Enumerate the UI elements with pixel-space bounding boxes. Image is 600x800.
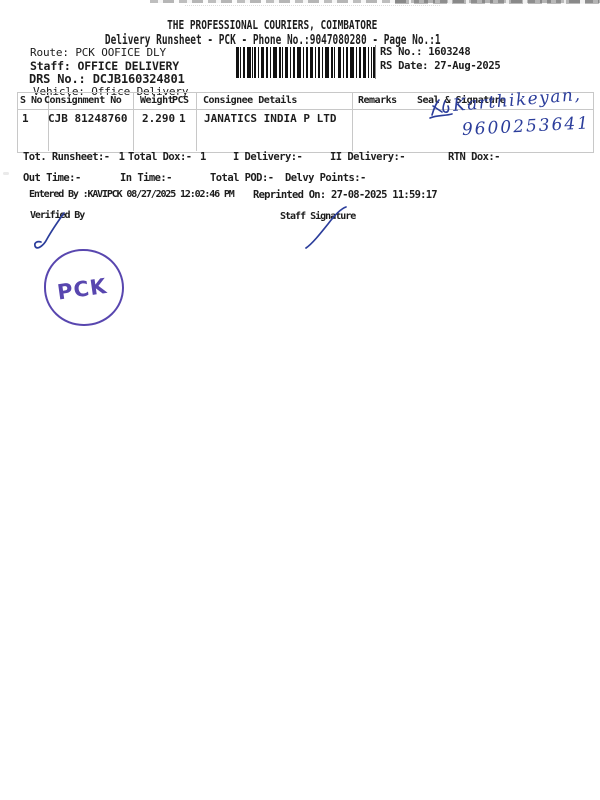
tot-runsheet-label: Tot. Runsheet:- xyxy=(23,151,110,163)
row-pcs: 1 xyxy=(179,112,186,125)
entered-by-line: Entered By :KAVIPCK 08/27/2025 12:02:46 … xyxy=(29,189,234,200)
rs-no-line: RS No.: 1603248 xyxy=(380,46,470,58)
table-column-divider xyxy=(133,92,134,151)
ii-delivery-label: II Delivery:- xyxy=(330,151,405,163)
scan-artifact-left-smudge xyxy=(3,172,9,175)
tot-runsheet: Tot. Runsheet:-1 xyxy=(23,151,124,163)
header-s-no: S No xyxy=(20,95,42,106)
header-consignee-details: Consignee Details xyxy=(203,95,297,106)
drs-no-value: DCJB160324801 xyxy=(93,72,185,86)
rs-date-line: RS Date: 27-Aug-2025 xyxy=(380,60,500,72)
scan-artifact-dotted-line xyxy=(185,5,440,6)
scan-artifact-top-band-right xyxy=(395,0,600,4)
header-weight: Weight xyxy=(140,95,173,106)
row-weight: 2.290 xyxy=(142,112,175,125)
table-column-divider xyxy=(352,92,353,151)
route-line: Route: PCK OOFICE DLY xyxy=(30,46,166,59)
total-pod-label: Total POD:- xyxy=(210,172,274,184)
rs-date-value: 27-Aug-2025 xyxy=(434,60,500,72)
row-consignment-no: CJB 81248760 xyxy=(48,112,127,125)
pck-stamp-text: PCK xyxy=(56,273,109,304)
row-s-no: 1 xyxy=(22,112,29,125)
rs-no-label: RS No.: xyxy=(380,46,422,58)
staff-label: Staff: xyxy=(30,59,71,73)
row-consignee: JANATICS INDIA P LTD xyxy=(204,112,336,125)
route-value: PCK OOFICE DLY xyxy=(75,46,166,59)
drs-no-line: DRS No.: DCJB160324801 xyxy=(29,72,185,86)
verified-by-stroke xyxy=(35,213,64,248)
in-time-label: In Time:- xyxy=(120,172,172,184)
runsheet-document-page: THE PROFESSIONAL COURIERS, COIMBATORE De… xyxy=(0,0,600,800)
route-label: Route: xyxy=(30,46,69,59)
drs-no-label: DRS No.: xyxy=(29,72,86,86)
rs-date-label: RS Date: xyxy=(380,60,428,72)
rs-no-value: 1603248 xyxy=(428,46,470,58)
rtn-dox-label: RTN Dox:- xyxy=(448,151,500,163)
table-column-divider xyxy=(196,92,197,151)
rs-box-divider xyxy=(375,45,376,79)
header-consignment-no: Consignment No xyxy=(44,95,121,106)
staff-line: Staff: OFFICE DELIVERY xyxy=(30,59,179,73)
tot-runsheet-value: 1 xyxy=(119,151,125,163)
header-remarks: Remarks xyxy=(358,95,397,106)
staff-value: OFFICE DELIVERY xyxy=(77,59,179,73)
staff-signature-stroke xyxy=(306,207,346,248)
total-dox-label: Total Dox:- xyxy=(128,151,192,163)
header-pcs: PCS xyxy=(172,95,189,106)
i-delivery-label: I Delivery:- xyxy=(233,151,302,163)
out-time-label: Out Time:- xyxy=(23,172,81,184)
barcode xyxy=(236,47,375,78)
pck-round-stamp: PCK xyxy=(44,249,124,326)
delvy-points-label: Delvy Points:- xyxy=(285,172,366,184)
total-dox-value: 1 xyxy=(200,151,206,163)
